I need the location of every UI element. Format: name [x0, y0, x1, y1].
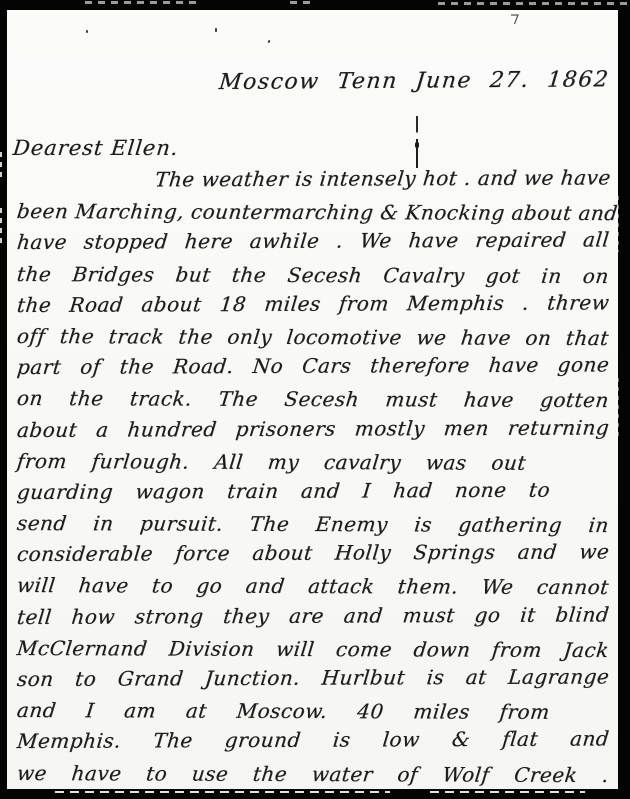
scan-edge-dashes-top: [85, 1, 200, 4]
letter-line: tell how strong they are and must go it …: [15, 599, 610, 633]
letter-line: part of the Road. No Cars therefore have…: [15, 350, 610, 384]
letter-salutation: Dearest Ellen.: [12, 136, 180, 160]
letter-dateline: Moscow Tenn June 27. 1862: [218, 67, 611, 95]
scan-edge-dashes-top: [438, 2, 630, 5]
letter-line: Memphis. The ground is low & flat and: [15, 724, 610, 758]
letter-line: The weather is intensely hot . and we ha…: [15, 162, 610, 196]
scan-edge-dashes-bottom: [430, 791, 585, 793]
letter-line: we have to use the water of Wolf Creek .: [15, 758, 610, 791]
scan-edge-dashes-left: [0, 208, 2, 244]
letter-line: considerable force about Holly Springs a…: [15, 537, 610, 571]
ink-speck: [215, 28, 217, 32]
letter-line: guarding wagon train and I had none to: [15, 475, 551, 509]
scanned-letter-page: Moscow Tenn June 27. 1862 Dearest Ellen.…: [0, 0, 630, 799]
letter-line: on the track. The Secesh must have gotte…: [15, 383, 610, 416]
scan-edge-dashes-bottom: [55, 791, 390, 793]
stray-pen-mark-icon: [509, 12, 521, 31]
letter-line: the Road about 18 miles from Memphis . t…: [15, 287, 610, 321]
ink-speck: [86, 30, 88, 33]
ink-smudge-vertical: [416, 116, 418, 168]
letter-line: will have to go and attack them. We cann…: [15, 570, 610, 603]
letter-line: from furlough. All my cavalry was out: [15, 446, 527, 479]
ink-speck: [268, 40, 271, 44]
scan-edge-dashes-top: [290, 1, 312, 4]
letter-body: The weather is intensely hot . and we ha…: [17, 165, 609, 789]
letter-paper: Moscow Tenn June 27. 1862 Dearest Ellen.…: [7, 10, 618, 789]
letter-line: about a hundred prisoners mostly men ret…: [15, 412, 610, 446]
letter-line: son to Grand Junction. Hurlbut is at Lag…: [15, 661, 610, 695]
letter-line: have stopped here awhile . We have repai…: [15, 225, 610, 259]
scan-edge-dashes-left: [0, 152, 2, 182]
